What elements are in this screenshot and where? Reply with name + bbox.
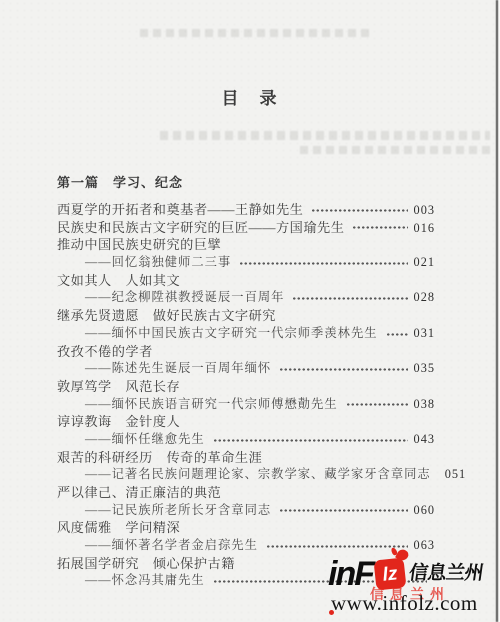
page-number: 035 [414,360,435,378]
toc-row: 继承先贤遗愿 做好民族古文字研究 [57,307,435,325]
toc-row: ——回忆翁独健师二三事021 [57,254,435,272]
toc-entry-subtitle: ——怀念冯其庸先生 [85,572,205,590]
toc-entry-subtitle: ——回忆翁独健师二三事 [85,254,231,272]
watermark: inF lz 信息兰州 信息兰州 www.infolz.com [328,554,500,622]
leader-dots [292,294,407,303]
page-number: 043 [414,431,435,449]
toc-row: 民族史和民族古文字研究的巨匠——方国瑜先生016 [57,219,435,237]
toc-entry-subtitle: ——陈述先生诞辰一百周年缅怀 [85,360,271,378]
leader-dots [352,223,407,232]
watermark-logo-prefix: inF [328,556,373,592]
leader-dots [311,206,407,215]
toc-row: 风度儒雅 学问精深 [57,519,435,537]
toc-entry-title: 敦厚笃学 风范长存 [57,378,180,396]
toc-row: ——缅怀任继愈先生043 [57,431,435,449]
leader-dots [346,400,408,409]
page-number: 060 [414,502,435,520]
scan-edge-line [496,0,498,622]
page-number: 003 [414,202,435,220]
toc-row: 孜孜不倦的学者 [57,343,435,361]
toc-entry-title: 谆谆教诲 金针度人 [57,413,180,431]
page-number: 031 [414,325,435,343]
toc-row: ——纪念柳陞祺教授诞辰一百周年028 [57,289,435,307]
page-number: 016 [414,220,435,238]
watermark-logo-suffix: 信息兰州 [407,562,484,586]
toc-entry-title: 孜孜不倦的学者 [57,343,153,361]
toc-entry-subtitle: ——缅怀中国民族古文字研究一代宗师季羡林先生 [85,325,378,343]
toc-entry-title: 文如其人 人如其文 [57,272,180,290]
bleedthrough-ghost [160,131,490,140]
toc-row: ——记著名民族问题理论家、宗教学家、藏学家牙含章同志051 [57,466,435,484]
page-title: 目 录 [0,84,500,109]
toc-row: 西夏学的开拓者和奠基者——王静如先生003 [57,201,435,219]
page-number: 051 [445,466,447,484]
watermark-url: www.infolz.com [331,591,478,616]
toc-entry-title: 严以律己、清正廉洁的典范 [57,484,221,502]
scanned-toc-page: 目 录 第一篇 学习、纪念 西夏学的开拓者和奠基者——王静如先生003民族史和民… [0,0,500,622]
section-heading: 第一篇 学习、纪念 [57,172,183,191]
toc-entry-title: 推动中国民族史研究的巨擘 [57,236,221,254]
toc-entry-subtitle: ——记民族所老所长牙含章同志 [85,502,271,520]
bleedthrough-ghost [140,29,370,37]
page-number: 028 [414,289,435,307]
toc-list: 西夏学的开拓者和奠基者——王静如先生003民族史和民族古文字研究的巨匠——方国瑜… [57,201,435,590]
leader-dots [213,436,408,445]
toc-entry-title: 风度儒雅 学问精深 [57,519,180,537]
toc-entry-subtitle: ——缅怀任继愈先生 [85,431,205,449]
toc-row: 严以律己、清正廉洁的典范 [57,484,435,502]
toc-entry-subtitle: ——纪念柳陞祺教授诞辰一百周年 [85,289,284,307]
toc-entry-subtitle: ——记著名民族问题理论家、宗教学家、藏学家牙含章同志 [85,466,431,484]
page-number: 021 [414,254,435,272]
leader-dots [279,506,407,515]
toc-row: 艰苦的科研经历 传奇的革命生涯 [57,449,435,467]
toc-entry-title: 拓展国学研究 倾心保护古籍 [57,555,235,573]
lz-badge-label: lz [382,564,399,584]
bleedthrough-ghost [300,146,490,154]
leader-dots [279,365,407,374]
leader-dots [266,542,408,551]
toc-row: 谆谆教诲 金针度人 [57,413,435,431]
page-number: 038 [414,396,435,414]
page-number: 063 [414,537,435,555]
toc-row: ——记民族所老所长牙含章同志060 [57,502,435,520]
toc-row: 文如其人 人如其文 [57,272,435,290]
toc-row: ——缅怀著名学者金启孮先生063 [57,537,435,555]
toc-row: ——缅怀中国民族古文字研究一代宗师季羡林先生031 [57,325,435,343]
toc-entry-subtitle: ——缅怀民族语言研究一代宗师傅懋勣先生 [85,396,338,414]
toc-entry-title: 西夏学的开拓者和奠基者——王静如先生 [57,201,303,219]
toc-entry-title: 继承先贤遗愿 做好民族古文字研究 [57,307,276,325]
leader-dots [239,259,407,268]
toc-entry-subtitle: ——缅怀著名学者金启孮先生 [85,537,258,555]
toc-entry-title: 民族史和民族古文字研究的巨匠——方国瑜先生 [57,219,344,237]
toc-row: 敦厚笃学 风范长存 [57,378,435,396]
toc-row: 推动中国民族史研究的巨擘 [57,236,435,254]
toc-row: ——缅怀民族语言研究一代宗师傅懋勣先生038 [57,396,435,414]
toc-entry-title: 艰苦的科研经历 传奇的革命生涯 [57,449,262,467]
leader-dots [386,330,408,339]
toc-row: ——陈述先生诞辰一百周年缅怀035 [57,360,435,378]
